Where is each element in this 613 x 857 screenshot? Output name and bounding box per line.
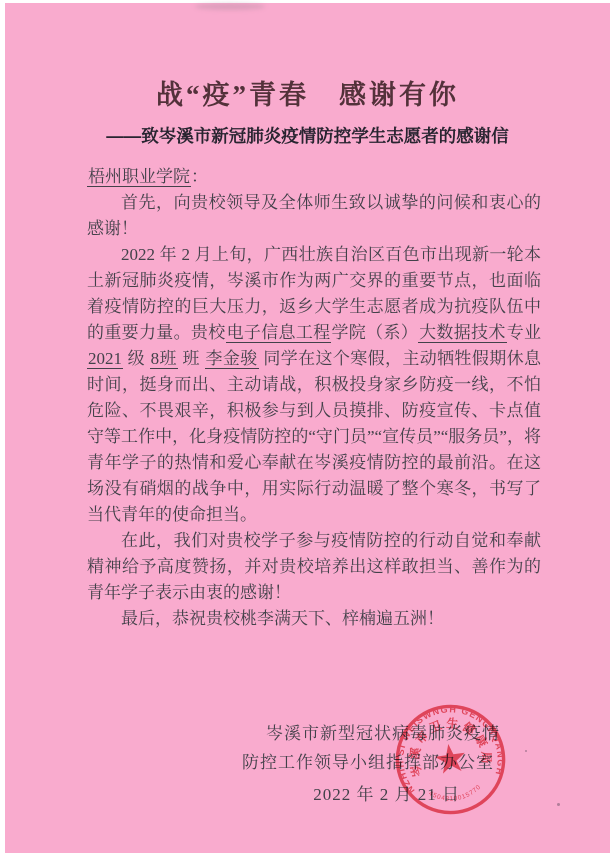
body-text-segment: 专业 xyxy=(507,323,541,342)
letter-title: 战“疫”青春 感谢有你 xyxy=(5,73,610,112)
body-text-segment: 同学在这个寒假，主动牺牲假期休息时间，挺身而出、主动请战，积极投身家乡防疫一线，… xyxy=(87,349,541,524)
paragraph-closing-wish: 最后，恭祝贵校桃李满天下、梓楠遍五洲！ xyxy=(87,606,541,632)
seal-star-icon: ★ xyxy=(430,735,471,783)
body-text-segment: 学院（系） xyxy=(331,323,418,342)
salutation: 梧州职业学院： xyxy=(87,164,541,190)
seal-serial-number: 4504810015770 xyxy=(427,783,484,806)
blank-fill-underlined: 电子信息工程 xyxy=(226,323,332,343)
paragraph-thanks: 首先，向贵校领导及全体师生致以诚挚的问候和衷心的感谢！ xyxy=(87,190,541,242)
paragraph-praise: 在此，我们对贵校学子参与疫情防控的行动自觉和奉献精神给予高度赞扬，并对贵校培养出… xyxy=(87,528,541,606)
blank-fill-underlined: 2021 xyxy=(87,349,123,369)
blank-fill-underlined: 8班 xyxy=(150,349,178,369)
blank-fill-underlined: 大数据技术 xyxy=(418,323,507,343)
letter-subtitle: ——致岑溪市新冠肺炎疫情防控学生志愿者的感谢信 xyxy=(5,123,610,148)
scan-smudge xyxy=(195,3,265,10)
scanned-letter-paper: 战“疫”青春 感谢有你 ——致岑溪市新冠肺炎疫情防控学生志愿者的感谢信 梧州职业… xyxy=(5,3,610,853)
body-text-segment: 班 xyxy=(178,349,205,368)
scan-speck xyxy=(525,750,527,752)
paragraph-volunteer-story: 2022 年 2 月上旬，广西壮族自治区百色市出现新一轮本土新冠肺炎疫情，岑溪市… xyxy=(87,242,541,528)
blank-fill-underlined: 李金骏 xyxy=(205,349,259,369)
salutation-colon: ： xyxy=(191,167,208,186)
official-seal: CWNZHIH SI WEISWNGH GENGHQANGH GIZ 岑溪市卫生… xyxy=(373,682,528,837)
salutation-name: 梧州职业学院 xyxy=(87,167,191,187)
scan-speck xyxy=(557,803,560,806)
letter-body: 梧州职业学院： 首先，向贵校领导及全体师生致以诚挚的问候和衷心的感谢！ 2022… xyxy=(87,164,541,632)
body-text-segment: 级 xyxy=(123,349,150,368)
